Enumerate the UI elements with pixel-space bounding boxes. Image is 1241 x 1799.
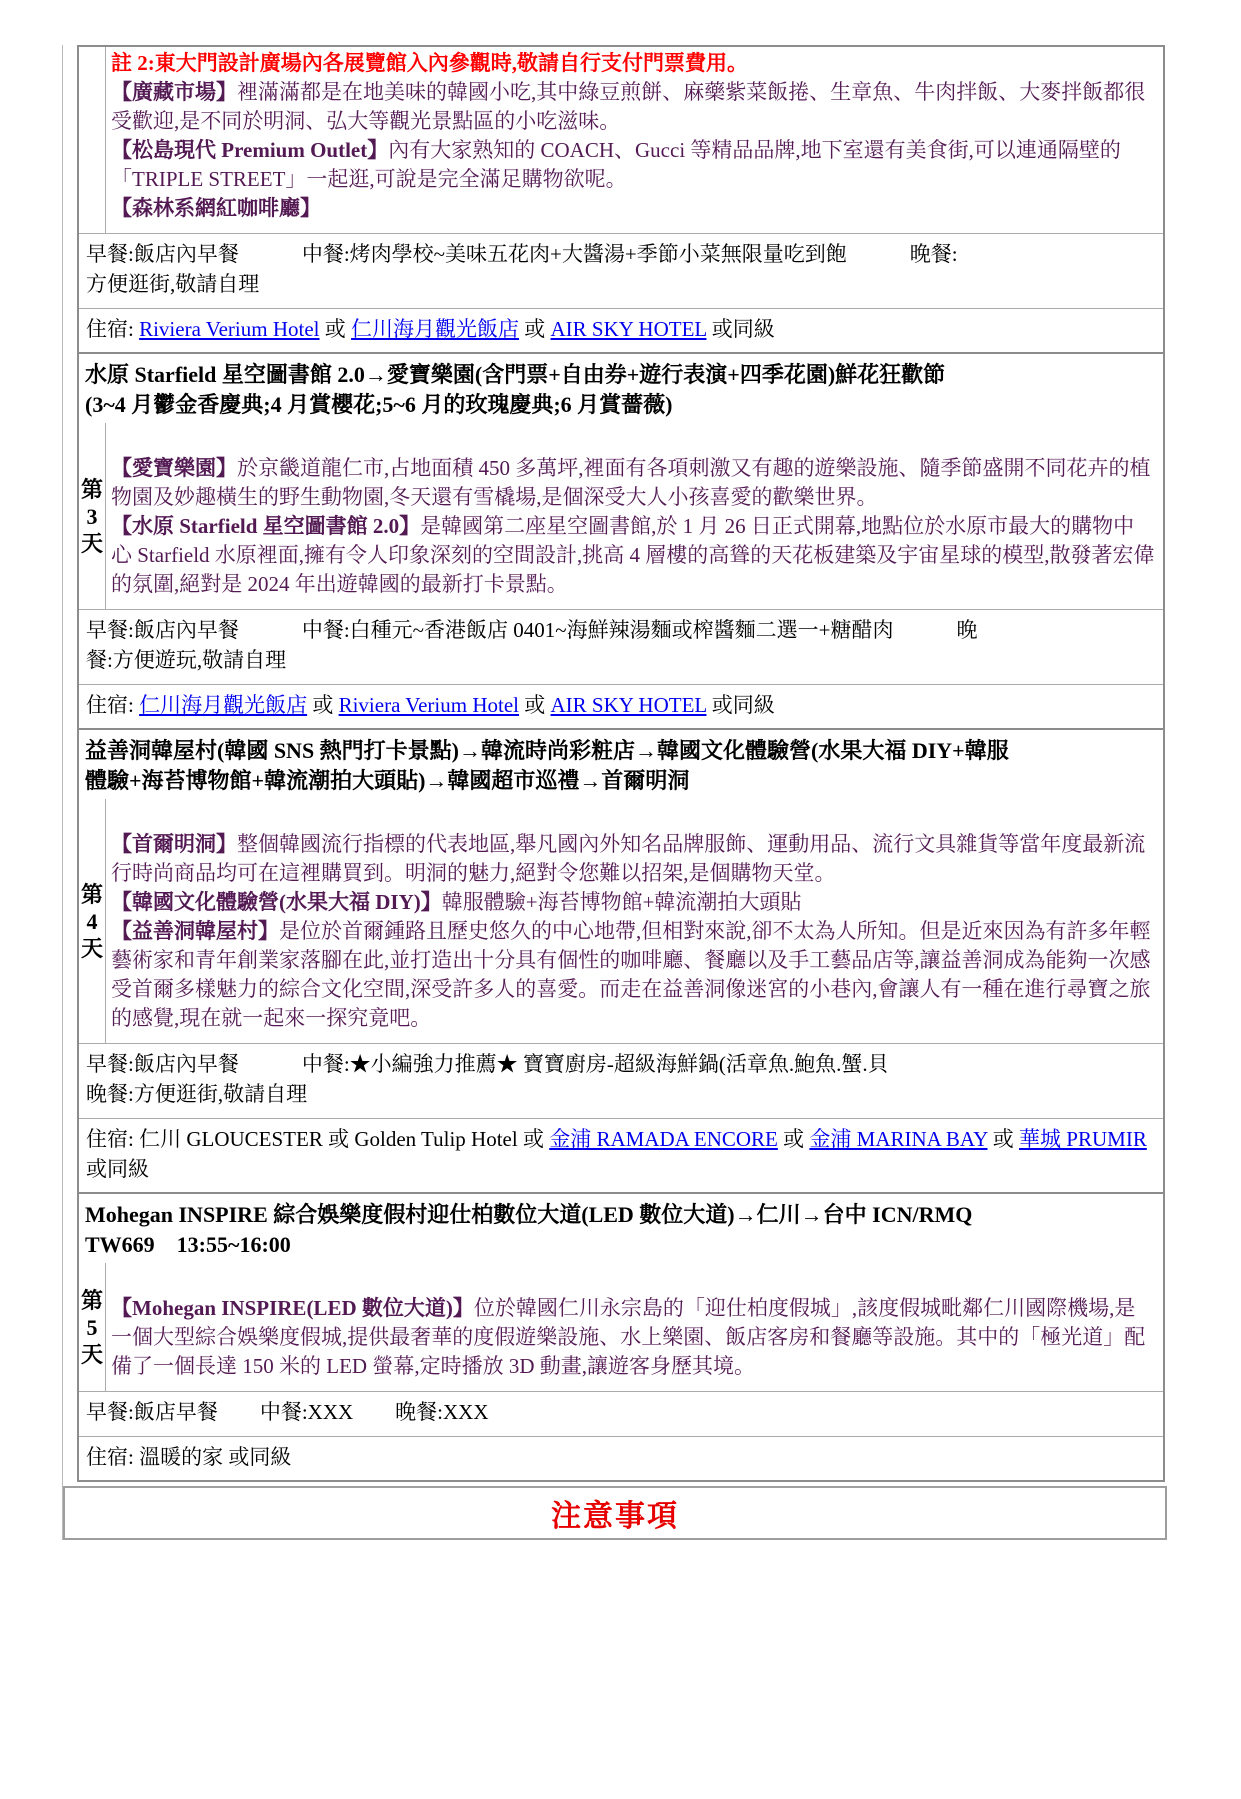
day-title: Mohegan INSPIRE 綜合娛樂度假村迎仕柏數位大道(LED 數位大道)… (85, 1200, 1157, 1260)
hotel-text: 或同級 (86, 1157, 149, 1181)
hotel-row: 住宿: Riviera Verium Hotel 或 仁川海月觀光飯店 或 AI… (79, 308, 1163, 352)
day-description-cell: 註 2:東大門設計廣場內各展覽館入內參觀時,敬請自行支付門票費用。【廣藏市場】裡… (106, 47, 1163, 233)
page-frame: 註 2:東大門設計廣場內各展覽館入內參觀時,敬請自行支付門票費用。【廣藏市場】裡… (62, 45, 1167, 1540)
hotel-text: 或 (988, 1127, 1020, 1151)
meal-text: 早餐:飯店內早餐 中餐:★小編強力推薦★ 寶寶廚房-超級海鮮鍋(活章魚.鮑魚.蟹… (86, 1049, 1159, 1109)
notice-title: 注意事項 (551, 1491, 679, 1535)
hotel-row: 住宿: 溫暖的家 或同級 (79, 1436, 1163, 1480)
notice-section: 注意事項 (63, 1486, 1167, 1540)
hotel-text: 住宿: (86, 317, 139, 341)
hotel-text: 或 (778, 1127, 810, 1151)
day-group: Mohegan INSPIRE 綜合娛樂度假村迎仕柏數位大道(LED 數位大道)… (79, 1192, 1163, 1480)
description-lead: 【廣藏市場】 (111, 80, 237, 104)
description-paragraph: 【水原 Starfield 星空圖書館 2.0】是韓國第二座星空圖書館,於 1 … (111, 512, 1155, 599)
hotel-text: 或同級 (706, 693, 774, 717)
hotel-text: 或 (519, 693, 551, 717)
hotel-link[interactable]: 華城 PRUMIR (1019, 1127, 1147, 1151)
hotel-row: 住宿: 仁川 GLOUCESTER 或 Golden Tulip Hotel 或… (79, 1118, 1163, 1192)
day-label: 第5天 (79, 1263, 106, 1391)
day-group: 水原 Starfield 星空圖書館 2.0→愛寶樂園(含門票+自由券+遊行表演… (79, 352, 1163, 728)
itinerary-table: 註 2:東大門設計廣場內各展覽館入內參觀時,敬請自行支付門票費用。【廣藏市場】裡… (77, 45, 1165, 1482)
hotel-link[interactable]: 仁川海月觀光飯店 (351, 317, 519, 341)
day-description-cell: 【Mohegan INSPIRE(LED 數位大道)】位於韓國仁川永宗島的「迎仕… (106, 1263, 1163, 1391)
day-group: 註 2:東大門設計廣場內各展覽館入內參觀時,敬請自行支付門票費用。【廣藏市場】裡… (79, 47, 1163, 352)
hotel-link[interactable]: AIR SKY HOTEL (551, 693, 707, 717)
description-lead: 【首爾明洞】 (111, 832, 237, 856)
day-description-row: 註 2:東大門設計廣場內各展覽館入內參觀時,敬請自行支付門票費用。【廣藏市場】裡… (79, 47, 1163, 233)
day-group: 益善洞韓屋村(韓國 SNS 熱門打卡景點)→韓流時尚彩粧店→韓國文化體驗營(水果… (79, 728, 1163, 1192)
meal-row: 早餐:飯店內早餐 中餐:白種元~香港飯店 0401~海鮮辣湯麵或榨醬麵二選一+糖… (79, 609, 1163, 684)
description-lead: 【森林系網紅咖啡廳】 (111, 196, 321, 220)
description-lead: 【韓國文化體驗營(水果大福 DIY)】 (111, 890, 442, 914)
day-label: 第3天 (79, 423, 106, 609)
meal-text: 早餐:飯店內早餐 中餐:烤肉學校~美味五花肉+大醬湯+季節小菜無限量吃到飽 晚餐… (86, 239, 1159, 299)
hotel-text: 住宿: (86, 693, 139, 717)
description-paragraph: 【Mohegan INSPIRE(LED 數位大道)】位於韓國仁川永宗島的「迎仕… (111, 1294, 1155, 1381)
meal-text: 早餐:飯店內早餐 中餐:白種元~香港飯店 0401~海鮮辣湯麵或榨醬麵二選一+糖… (86, 615, 1159, 675)
hotel-link[interactable]: Riviera Verium Hotel (139, 317, 319, 341)
day-description-cell: 【愛寶樂園】於京畿道龍仁市,占地面積 450 多萬坪,裡面有各項刺激又有趣的遊樂… (106, 423, 1163, 609)
day-title-row: Mohegan INSPIRE 綜合娛樂度假村迎仕柏數位大道(LED 數位大道)… (79, 1194, 1163, 1263)
hotel-link[interactable]: 金浦 RAMADA ENCORE (549, 1127, 778, 1151)
description-paragraph: 【森林系網紅咖啡廳】 (111, 194, 1155, 223)
description-paragraph: 【松島現代 Premium Outlet】內有大家熟知的 COACH、Gucci… (111, 136, 1155, 194)
hotel-text: 或 (320, 317, 352, 341)
hotel-text: 或 (519, 317, 551, 341)
hotel-link[interactable]: AIR SKY HOTEL (551, 317, 707, 341)
hotel-link[interactable]: Riviera Verium Hotel (339, 693, 519, 717)
description-paragraph: 【首爾明洞】整個韓國流行指標的代表地區,舉凡國內外知名品牌服飾、運動用品、流行文… (111, 830, 1155, 888)
description-paragraph: 註 2:東大門設計廣場內各展覽館入內參觀時,敬請自行支付門票費用。 (111, 49, 1155, 78)
day-title: 益善洞韓屋村(韓國 SNS 熱門打卡景點)→韓流時尚彩粧店→韓國文化體驗營(水果… (85, 736, 1157, 796)
description-paragraph: 【愛寶樂園】於京畿道龍仁市,占地面積 450 多萬坪,裡面有各項刺激又有趣的遊樂… (111, 454, 1155, 512)
day-title: 水原 Starfield 星空圖書館 2.0→愛寶樂園(含門票+自由券+遊行表演… (85, 360, 1157, 420)
day-description-row: 第4天 【首爾明洞】整個韓國流行指標的代表地區,舉凡國內外知名品牌服飾、運動用品… (79, 799, 1163, 1043)
description-lead: 【松島現代 Premium Outlet】 (111, 138, 388, 162)
day-description-cell: 【首爾明洞】整個韓國流行指標的代表地區,舉凡國內外知名品牌服飾、運動用品、流行文… (106, 799, 1163, 1043)
description-lead: 【愛寶樂園】 (111, 456, 237, 480)
description-lead: 【水原 Starfield 星空圖書館 2.0】 (111, 514, 420, 538)
hotel-text: 或同級 (706, 317, 774, 341)
hotel-row: 住宿: 仁川海月觀光飯店 或 Riviera Verium Hotel 或 AI… (79, 684, 1163, 728)
day-label (79, 47, 106, 233)
meal-text: 早餐:飯店早餐 中餐:XXX 晚餐:XXX (86, 1397, 1159, 1427)
hotel-text: 或 (307, 693, 339, 717)
hotel-link[interactable]: 仁川海月觀光飯店 (139, 693, 307, 717)
meal-row: 早餐:飯店內早餐 中餐:★小編強力推薦★ 寶寶廚房-超級海鮮鍋(活章魚.鮑魚.蟹… (79, 1043, 1163, 1118)
meal-row: 早餐:飯店早餐 中餐:XXX 晚餐:XXX (79, 1391, 1163, 1436)
day-description-row: 第5天 【Mohegan INSPIRE(LED 數位大道)】位於韓國仁川永宗島… (79, 1263, 1163, 1391)
description-paragraph: 【益善洞韓屋村】是位於首爾鍾路且歷史悠久的中心地帶,但相對來說,卻不太為人所知。… (111, 917, 1155, 1033)
hotel-text: 住宿: 溫暖的家 或同級 (86, 1445, 291, 1469)
hotel-text: 住宿: 仁川 GLOUCESTER 或 Golden Tulip Hotel 或 (86, 1127, 549, 1151)
day-title-row: 益善洞韓屋村(韓國 SNS 熱門打卡景點)→韓流時尚彩粧店→韓國文化體驗營(水果… (79, 730, 1163, 799)
description-paragraph: 【韓國文化體驗營(水果大福 DIY)】韓服體驗+海苔博物館+韓流潮拍大頭貼 (111, 888, 1155, 917)
description-paragraph: 【廣藏市場】裡滿滿都是在地美味的韓國小吃,其中綠豆煎餅、麻藥紫菜飯捲、生章魚、牛… (111, 78, 1155, 136)
day-description-row: 第3天 【愛寶樂園】於京畿道龍仁市,占地面積 450 多萬坪,裡面有各項刺激又有… (79, 423, 1163, 609)
meal-row: 早餐:飯店內早餐 中餐:烤肉學校~美味五花肉+大醬湯+季節小菜無限量吃到飽 晚餐… (79, 233, 1163, 308)
day-label: 第4天 (79, 799, 106, 1043)
hotel-link[interactable]: 金浦 MARINA BAY (809, 1127, 987, 1151)
description-lead: 【Mohegan INSPIRE(LED 數位大道)】 (111, 1296, 474, 1320)
day-title-row: 水原 Starfield 星空圖書館 2.0→愛寶樂園(含門票+自由券+遊行表演… (79, 354, 1163, 423)
description-lead: 【益善洞韓屋村】 (111, 919, 279, 943)
